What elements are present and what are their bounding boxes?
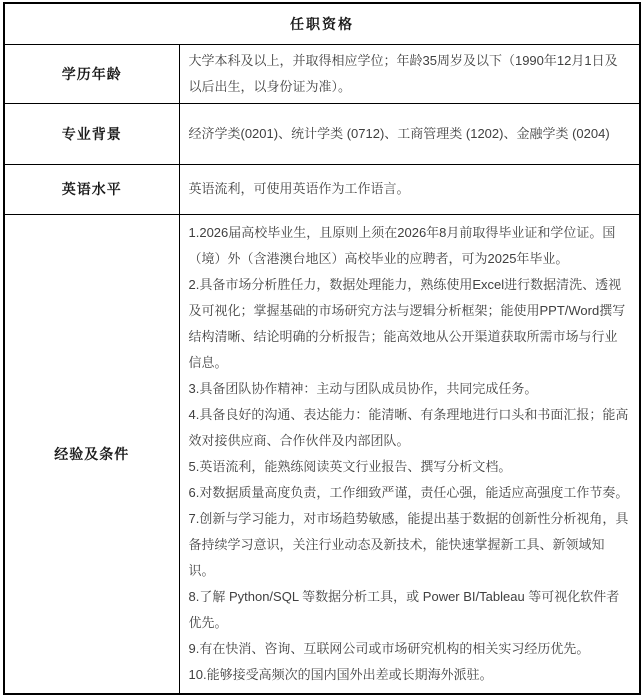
table-title: 任职资格 (4, 3, 640, 44)
page: 任职资格 学历年龄 大学本科及以上，并取得相应学位；年龄35周岁及以下（1990… (0, 0, 642, 642)
row-label-education-age: 学历年龄 (4, 44, 179, 103)
requirement-item-6: 6.对数据质量高度负责，工作细致严谨，责任心强，能适应高强度工作节奏。 (189, 480, 630, 506)
table-row-major-background: 专业背景 经济学类(0201)、统计学类 (0712)、工商管理类 (1202)… (4, 103, 640, 164)
requirement-item-10: 10.能够接受高频次的国内国外出差或长期海外派驻。 (189, 662, 630, 688)
row-content-education-age: 大学本科及以上，并取得相应学位；年龄35周岁及以下（1990年12月1日及以后出… (179, 44, 640, 103)
requirement-item-3: 3.具备团队协作精神：主动与团队成员协作，共同完成任务。 (189, 376, 630, 402)
row-content-english-level: 英语流利，可使用英语作为工作语言。 (179, 164, 640, 214)
qualifications-table: 任职资格 学历年龄 大学本科及以上，并取得相应学位；年龄35周岁及以下（1990… (3, 2, 641, 695)
row-content-experience-conditions: 1.2026届高校毕业生，且原则上须在2026年8月前取得毕业证和学位证。国（境… (179, 214, 640, 694)
requirement-item-8: 8.了解 Python/SQL 等数据分析工具，或 Power BI/Table… (189, 584, 630, 636)
requirement-item-5: 5.英语流利，能熟练阅读英文行业报告、撰写分析文档。 (189, 454, 630, 480)
row-content-major-background: 经济学类(0201)、统计学类 (0712)、工商管理类 (1202)、金融学类… (179, 103, 640, 164)
table-row-english-level: 英语水平 英语流利，可使用英语作为工作语言。 (4, 164, 640, 214)
requirement-item-7: 7.创新与学习能力，对市场趋势敏感，能提出基于数据的创新性分析视角，具备持续学习… (189, 506, 630, 584)
requirement-item-4: 4.具备良好的沟通、表达能力：能清晰、有条理地进行口头和书面汇报；能高效对接供应… (189, 402, 630, 454)
table-row-experience-conditions: 经验及条件 1.2026届高校毕业生，且原则上须在2026年8月前取得毕业证和学… (4, 214, 640, 694)
row-label-experience-conditions: 经验及条件 (4, 214, 179, 694)
requirement-item-9: 9.有在快消、咨询、互联网公司或市场研究机构的相关实习经历优先。 (189, 636, 630, 662)
table-row-education-age: 学历年龄 大学本科及以上，并取得相应学位；年龄35周岁及以下（1990年12月1… (4, 44, 640, 103)
row-label-major-background: 专业背景 (4, 103, 179, 164)
requirement-item-2: 2.具备市场分析胜任力，数据处理能力，熟练使用Excel进行数据清洗、透视及可视… (189, 272, 630, 376)
table-header-row: 任职资格 (4, 3, 640, 44)
requirement-item-1: 1.2026届高校毕业生，且原则上须在2026年8月前取得毕业证和学位证。国（境… (189, 220, 630, 272)
row-label-english-level: 英语水平 (4, 164, 179, 214)
